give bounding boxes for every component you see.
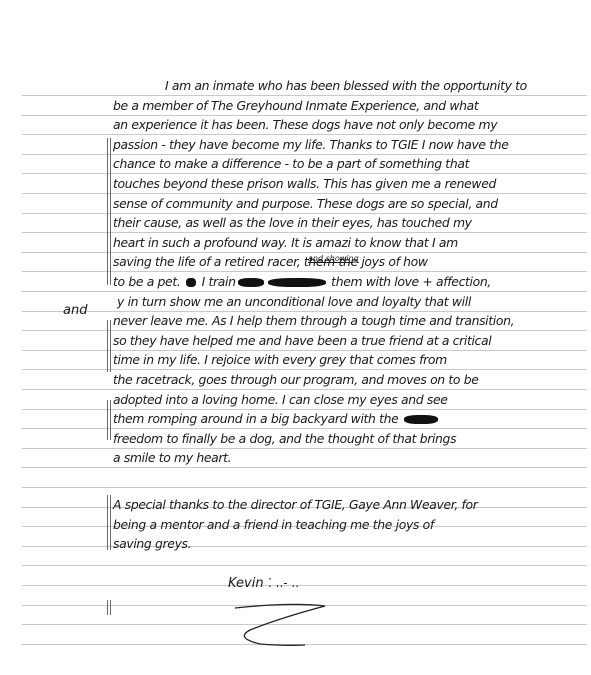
letter-line: time in my life. I rejoice with every gr… bbox=[113, 352, 447, 368]
margin-bar bbox=[107, 400, 108, 440]
letter-line: y in turn show me an unconditional love … bbox=[117, 294, 471, 310]
redaction-mark bbox=[186, 278, 196, 287]
letter-line: touches beyond these prison walls. This … bbox=[113, 176, 496, 192]
margin-bar bbox=[107, 600, 108, 615]
margin-bar bbox=[110, 495, 111, 550]
letter-line: to be a pet. I train them with love + af… bbox=[113, 274, 491, 290]
redaction-mark bbox=[238, 278, 264, 287]
ruled-line bbox=[22, 585, 587, 586]
letter-line: sense of community and purpose. These do… bbox=[113, 196, 498, 212]
signature-name: Kevin bbox=[228, 576, 264, 591]
letter-line: I am an inmate who has been blessed with… bbox=[165, 78, 527, 94]
margin-bar bbox=[110, 600, 111, 615]
letter-line: their cause, as well as the love in thei… bbox=[113, 215, 472, 231]
letter-line: an experience it has been. These dogs ha… bbox=[113, 117, 497, 133]
letter-line: heart in such a profound way. It is amaz… bbox=[113, 235, 458, 251]
letter-line: the racetrack, goes through our program,… bbox=[113, 372, 479, 388]
margin-bar bbox=[110, 320, 111, 372]
letter-line: chance to make a difference - to be a pa… bbox=[113, 156, 469, 172]
ruled-line bbox=[22, 115, 587, 116]
inserted-text: and showing bbox=[308, 254, 359, 263]
margin-bar bbox=[110, 138, 111, 285]
letter-line: them romping around in a big backyard wi… bbox=[113, 411, 440, 427]
margin-bar bbox=[110, 400, 111, 440]
ruled-line bbox=[22, 448, 587, 449]
ruled-line bbox=[22, 467, 587, 468]
ruled-line bbox=[22, 311, 587, 312]
letter-line: passion - they have become my life. Than… bbox=[113, 137, 509, 153]
ruled-line bbox=[22, 134, 587, 135]
redaction-mark bbox=[404, 415, 438, 424]
letter-line: freedom to finally be a dog, and the tho… bbox=[113, 431, 456, 447]
ruled-line bbox=[22, 565, 587, 566]
ruled-line bbox=[22, 389, 587, 390]
letter-line: being a mentor and a friend in teaching … bbox=[113, 517, 434, 533]
ruled-line bbox=[22, 291, 587, 292]
letter-line: a smile to my heart. bbox=[113, 450, 231, 466]
letter-line: never leave me. As I help them through a… bbox=[113, 313, 514, 329]
letter-line: adopted into a loving home. I can close … bbox=[113, 392, 448, 408]
margin-bar bbox=[107, 138, 108, 285]
margin-bar bbox=[107, 320, 108, 372]
margin-note: and bbox=[63, 303, 87, 318]
ruled-line bbox=[22, 95, 587, 96]
redaction-mark bbox=[268, 278, 326, 287]
letter-line: be a member of The Greyhound Inmate Expe… bbox=[113, 98, 478, 114]
letter-line: saving the life of a retired racer, them… bbox=[113, 254, 428, 270]
letter-page: I am an inmate who has been blessed with… bbox=[0, 0, 591, 675]
letter-line: A special thanks to the director of TGIE… bbox=[113, 497, 478, 513]
ruled-line bbox=[22, 487, 587, 488]
signature-surname-obscured: ⁚ ..- .. bbox=[268, 576, 299, 590]
letter-line: so they have helped me and have been a t… bbox=[113, 333, 491, 349]
signature-scribble bbox=[230, 600, 340, 650]
letter-line: saving greys. bbox=[113, 536, 191, 552]
margin-bar bbox=[107, 495, 108, 550]
